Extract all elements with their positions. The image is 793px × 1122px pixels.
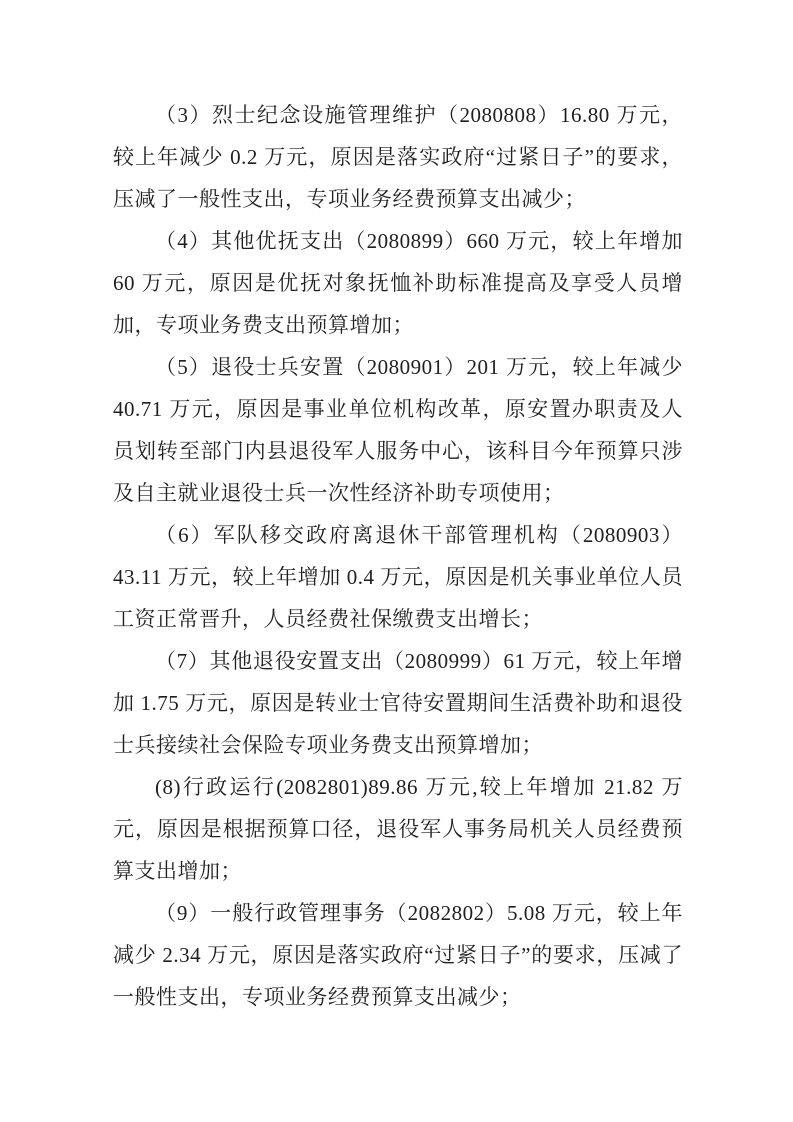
- paragraph-item-4: （4）其他优抚支出（2080899）660 万元，较上年增加 60 万元，原因是…: [113, 220, 683, 346]
- paragraph-item-7: （7）其他退役安置支出（2080999）61 万元，较上年增加 1.75 万元，…: [113, 640, 683, 766]
- paragraph-item-8: (8)行政运行(2082801)89.86 万元,较上年增加 21.82 万元，…: [113, 766, 683, 892]
- paragraph-item-6: （6）军队移交政府离退休干部管理机构（2080903）43.11 万元，较上年增…: [113, 514, 683, 640]
- document-page: （3）烈士纪念设施管理维护（2080808）16.80 万元，较上年减少 0.2…: [0, 0, 793, 1122]
- paragraph-item-9: （9）一般行政管理事务（2082802）5.08 万元，较上年减少 2.34 万…: [113, 892, 683, 1018]
- document-body: （3）烈士纪念设施管理维护（2080808）16.80 万元，较上年减少 0.2…: [113, 94, 683, 1018]
- paragraph-item-5: （5）退役士兵安置（2080901）201 万元，较上年减少 40.71 万元，…: [113, 346, 683, 514]
- paragraph-item-3: （3）烈士纪念设施管理维护（2080808）16.80 万元，较上年减少 0.2…: [113, 94, 683, 220]
